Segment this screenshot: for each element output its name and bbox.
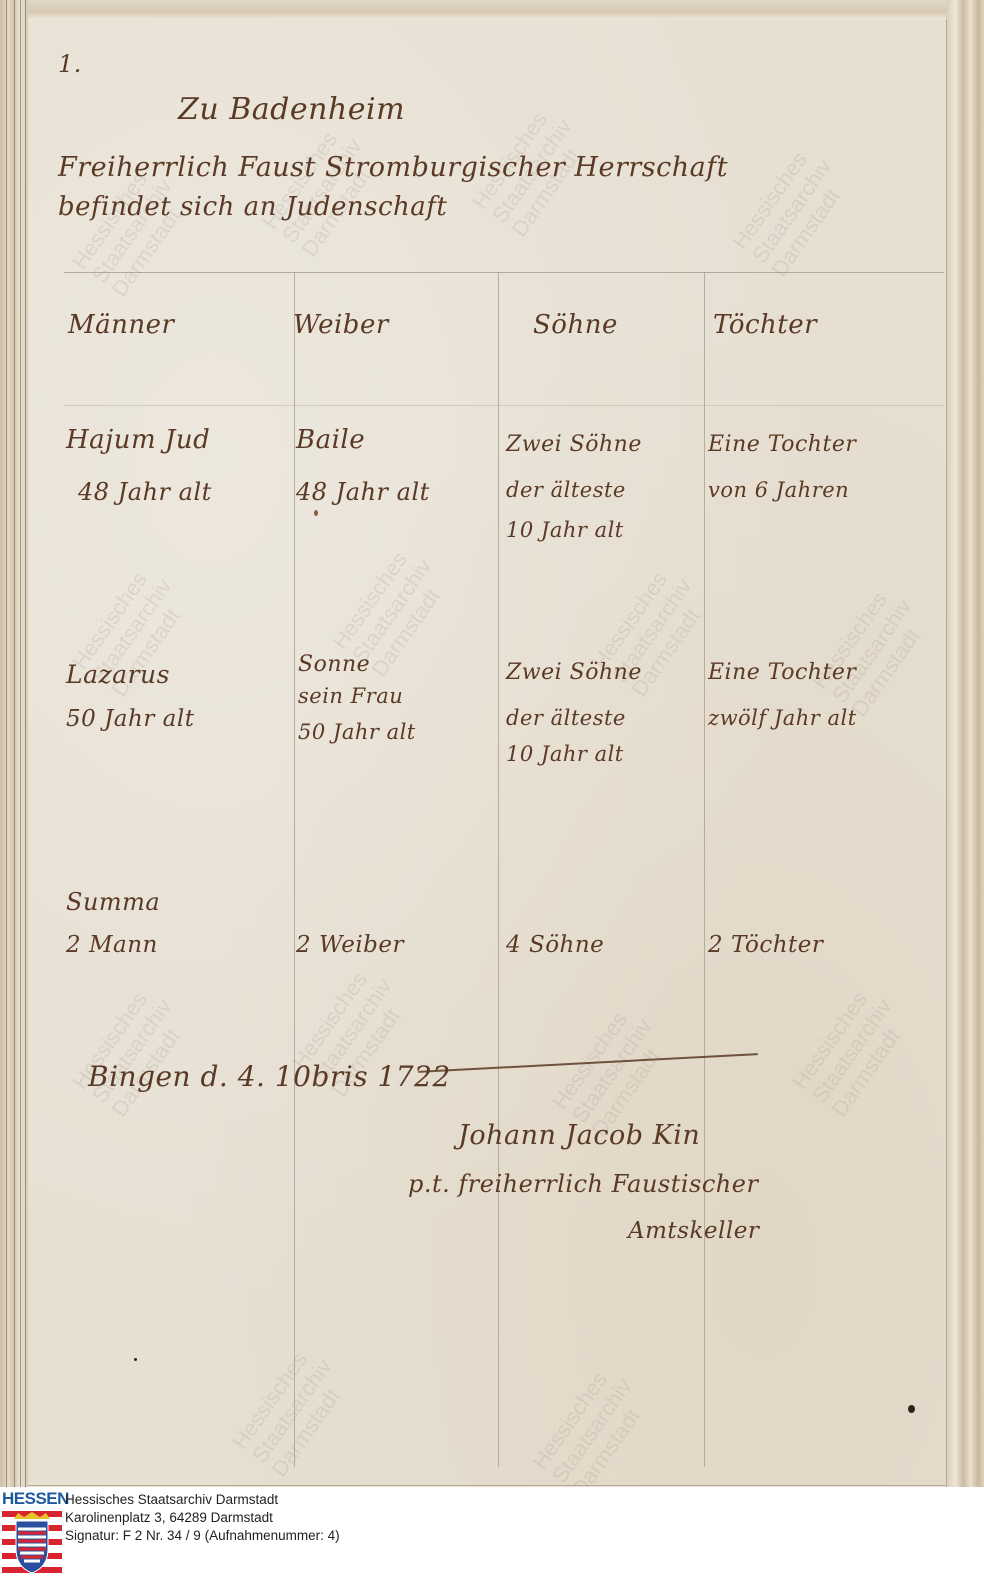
header-rule [64,272,944,273]
watermark: HessischesStaatsarchivDarmstadt [788,981,916,1121]
ink-stain [908,1405,915,1413]
summary-soehne: 4 Söhne [506,932,604,958]
archive-footer: HESSEN Hessisches Staatsarchiv Darmstadt… [0,1487,984,1581]
book-edge-right [946,0,984,1487]
cell-text: Hajum Jud [66,425,210,455]
cell-text: Lazarus [66,660,170,689]
archive-signature: Signatur: F 2 Nr. 34 / 9 (Aufnahmenummer… [65,1527,340,1545]
heading-line-3: befindet sich an Judenschaft [58,192,447,222]
summary-label: Summa [66,888,160,916]
column-header-maenner: Männer [68,310,174,340]
heading-line-1: Zu Badenheim [178,92,405,127]
column-divider [294,272,295,1467]
archive-address: Karolinenplatz 3, 64289 Darmstadt [65,1509,340,1527]
cell-text: 10 Jahr alt [506,742,624,766]
signature-line-2: p.t. freiherrlich Faustischer [408,1170,758,1198]
page-marker: 1. [58,50,82,78]
cell-text: 50 Jahr alt [66,706,194,732]
cell-text: 48 Jahr alt [296,478,430,506]
watermark: HessischesStaatsarchivDarmstadt [528,1361,656,1487]
cell-text: 50 Jahr alt [298,720,416,744]
cell-text: zwölf Jahr alt [708,706,857,730]
cell-text: sein Frau [298,684,403,708]
signature-line-1: Johann Jacob Kin [458,1120,700,1151]
book-edge-left [0,0,28,1487]
hessen-logo-text: HESSEN [2,1489,69,1509]
column-divider [498,272,499,1467]
heading-line-2: Freiherrlich Faust Stromburgischer Herrs… [58,152,728,183]
hessen-logo: HESSEN [2,1489,62,1581]
summary-weiber: 2 Weiber [296,932,404,958]
watermark: HessischesStaatsarchivDarmstadt [68,981,196,1121]
cell-text: der älteste [506,706,626,730]
ink-stain [134,1358,137,1361]
cell-text: von 6 Jahren [708,478,849,502]
archive-name: Hessisches Staatsarchiv Darmstadt [65,1491,340,1509]
summary-toechter: 2 Töchter [708,932,823,958]
manuscript-page: HessischesStaatsarchivDarmstadt Hessisch… [28,20,947,1486]
book-edge-top [0,0,984,20]
cell-text: 48 Jahr alt [78,478,212,506]
cell-text: Zwei Söhne [506,432,642,457]
date-flourish [418,1053,758,1073]
ink-stain [314,510,318,516]
watermark: HessischesStaatsarchivDarmstadt [228,1341,356,1481]
cell-text: Eine Tochter [708,660,856,685]
place-date: Bingen d. 4. 10bris 1722 [88,1060,451,1093]
column-header-weiber: Weiber [293,310,389,340]
column-header-soehne: Söhne [533,310,618,340]
cell-text: Baile [296,425,365,455]
cell-text: Eine Tochter [708,432,856,457]
summary-maenner: 2 Mann [66,932,158,958]
cell-text: der älteste [506,478,626,502]
watermark: HessischesStaatsarchivDarmstadt [728,141,856,281]
cell-text: 10 Jahr alt [506,518,624,542]
document-scan: HessischesStaatsarchivDarmstadt Hessisch… [0,0,984,1487]
hessen-coat-of-arms-icon [2,1509,62,1581]
signature-line-3: Amtskeller [628,1218,759,1244]
row-rule [64,405,944,406]
column-header-toechter: Töchter [713,310,817,340]
cell-text: Zwei Söhne [506,660,642,685]
watermark: HessischesStaatsarchivDarmstadt [808,581,936,721]
cell-text: Sonne [298,652,370,677]
column-divider [704,272,705,1467]
